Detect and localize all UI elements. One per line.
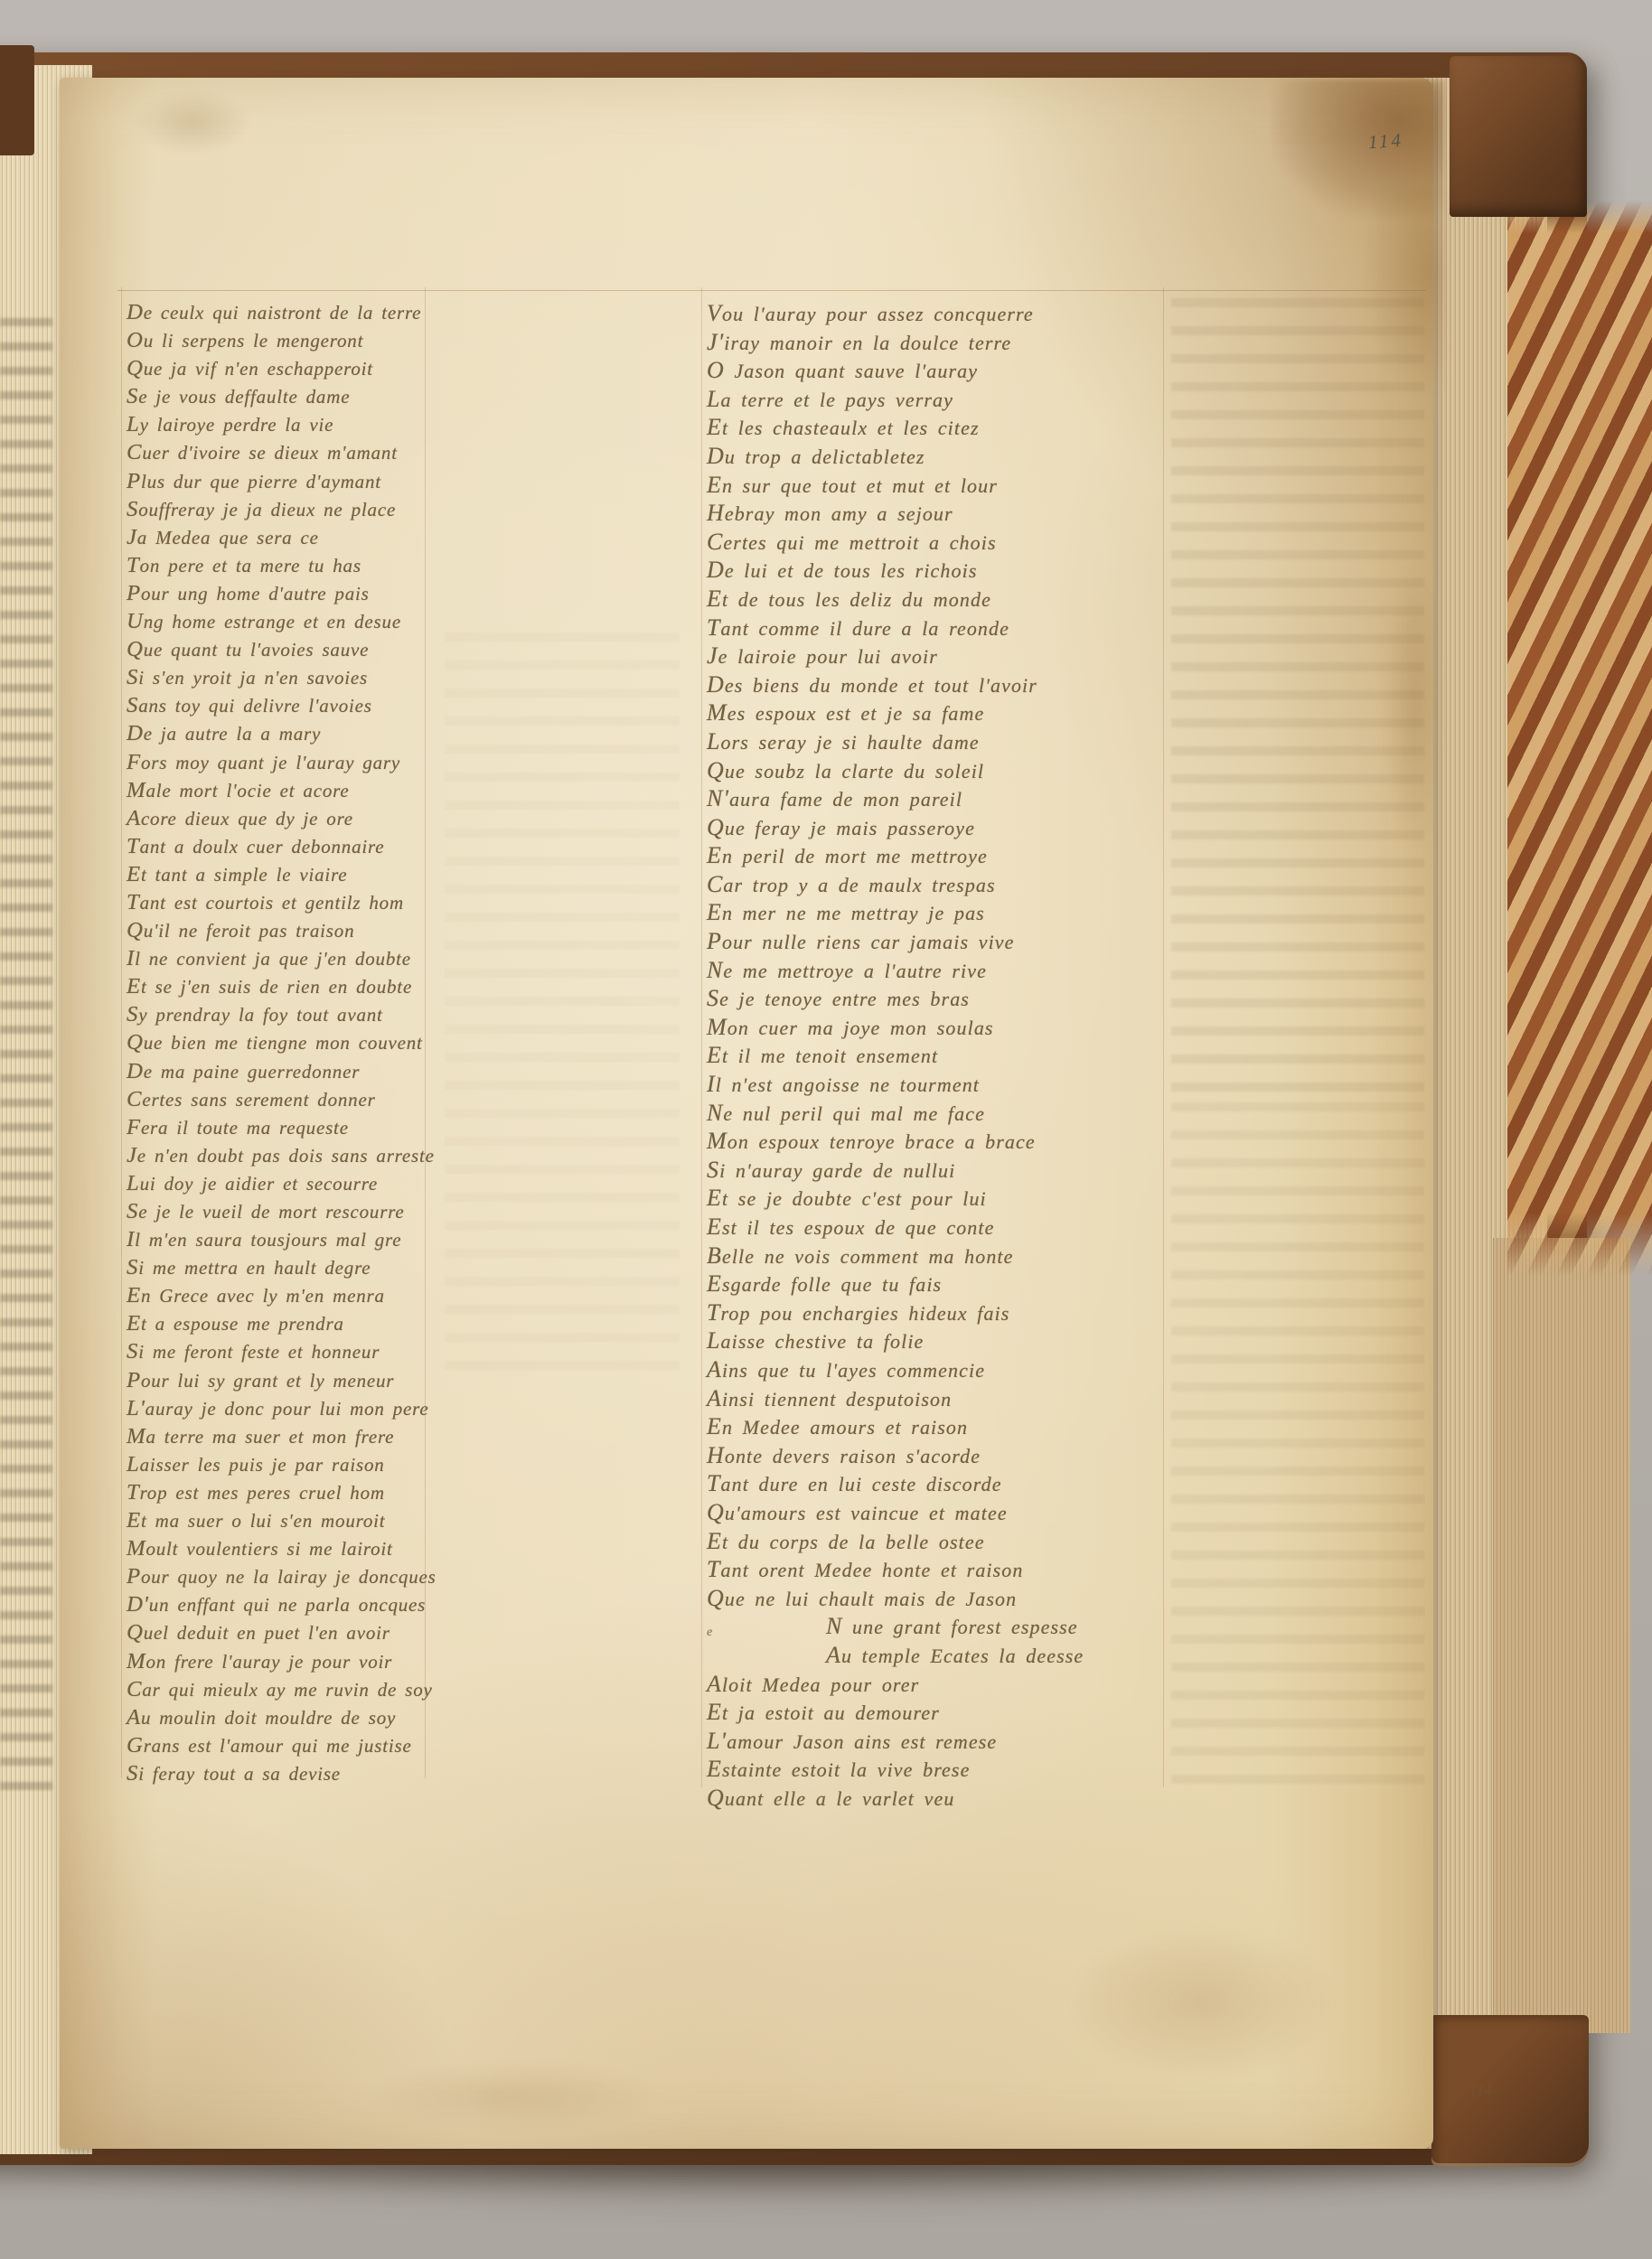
manuscript-verse-line: Que soubz la clarte du soleil <box>707 756 1195 785</box>
manuscript-verse-line: En Grece avec ly m'en menra <box>127 1281 452 1309</box>
manuscript-verse-line: Aloit Medea pour orer <box>707 1670 1195 1699</box>
manuscript-verse-line: Fera il toute ma requeste <box>127 1113 452 1141</box>
manuscript-verse-line: Lors seray je si haulte dame <box>707 727 1195 756</box>
manuscript-verse-line: Quant elle a le varlet veu <box>707 1784 1195 1813</box>
manuscript-verse-line: Lui doy je aidier et secourre <box>127 1169 452 1197</box>
manuscript-verse-line: Fors moy quant je l'auray gary <box>127 748 452 776</box>
manuscript-verse-line: L'amour Jason ains est remese <box>707 1727 1195 1756</box>
manuscript-verse-line: L'auray je donc pour lui mon pere <box>127 1394 452 1422</box>
manuscript-verse-line: Tant orent Medee honte et raison <box>707 1555 1195 1584</box>
manuscript-verse-line: Mon cuer ma joye mon soulas <box>707 1013 1195 1042</box>
manuscript-verse-line: Et tant a simple le viaire <box>127 860 452 888</box>
manuscript-verse-line: Ou li serpens le mengeront <box>127 326 452 354</box>
manuscript-verse-line: Ung home estrange et en desue <box>127 607 452 635</box>
verse-text: N une grant forest espesse <box>826 1616 1078 1638</box>
manuscript-verse-line: Que quant tu l'avoies sauve <box>127 635 452 663</box>
cover-corner-bottom-right <box>1431 2015 1589 2167</box>
manuscript-verse-line: Et ja estoit au demourer <box>707 1698 1195 1727</box>
manuscript-verse-line: Grans est l'amour qui me justise <box>127 1731 452 1759</box>
manuscript-verse-line: Moult voulentiers si me lairoit <box>127 1534 452 1562</box>
manuscript-verse-line: Se je tenoye entre mes bras <box>707 984 1195 1013</box>
ruling-right-column-left-bound <box>701 287 702 1787</box>
manuscript-verse-line: Ly lairoye perdre la vie <box>127 410 452 438</box>
manuscript-verse-line: Acore dieux que dy je ore <box>127 804 452 832</box>
manuscript-verse-line: De lui et de tous les richois <box>707 556 1195 585</box>
manuscript-verse-line: Et se je doubte c'est pour lui <box>707 1184 1195 1213</box>
manuscript-verse-line: Pour lui sy grant et ly meneur <box>127 1366 452 1394</box>
manuscript-verse-line: Si n'auray garde de nullui <box>707 1156 1195 1185</box>
manuscript-verse-line: Qu'amours est vaincue et matee <box>707 1498 1195 1527</box>
cover-corner-top-right <box>1450 56 1587 217</box>
manuscript-verse-line: Que ja vif n'en eschapperoit <box>127 354 452 382</box>
manuscript-verse-line: Tant dure en lui ceste discorde <box>707 1469 1195 1498</box>
manuscript-verse-line: Sy prendray la foy tout avant <box>127 1000 452 1028</box>
manuscript-verse-line: En sur que tout et mut et lour <box>707 471 1195 500</box>
manuscript-verse-line: Honte devers raison s'acorde <box>707 1441 1195 1470</box>
manuscript-verse-line: Et les chasteaulx et les citez <box>707 413 1195 442</box>
manuscript-verse-line: N'aura fame de mon pareil <box>707 784 1195 813</box>
manuscript-verse-line: Belle ne vois comment ma honte <box>707 1242 1195 1270</box>
manuscript-verse-line: Pour nulle riens car jamais vive <box>707 927 1195 956</box>
manuscript-verse-line: Il ne convient ja que j'en doubte <box>127 944 452 972</box>
manuscript-left-column: De ceulx qui naistront de la terreOu li … <box>127 298 452 1787</box>
manuscript-verse-line: Quel deduit en puet l'en avoir <box>127 1618 452 1646</box>
manuscript-verse-line: Car qui mieulx ay me ruvin de soy <box>127 1675 452 1703</box>
manuscript-verse-line: Tant est courtois et gentilz hom <box>127 888 452 916</box>
previous-page-text-edge <box>0 318 52 1800</box>
manuscript-verse-line: eN une grant forest espesse <box>707 1612 1195 1641</box>
manuscript-verse-line: Si me mettra en hault degre <box>127 1253 452 1281</box>
manuscript-verse-line: Ne nul peril qui mal me face <box>707 1099 1195 1128</box>
manuscript-verse-line: Du trop a delictabletez <box>707 442 1195 471</box>
manuscript-verse-line: De ma paine guerredonner <box>127 1057 452 1085</box>
manuscript-verse-line: Car trop y a de maulx trespas <box>707 870 1195 899</box>
ruling-left-column-left-bound <box>121 287 122 1778</box>
manuscript-verse-line: En mer ne me mettray je pas <box>707 898 1195 927</box>
manuscript-verse-line: Plus dur que pierre d'aymant <box>127 467 452 495</box>
manuscript-verse-line: Que ne lui chault mais de Jason <box>707 1584 1195 1613</box>
manuscript-verse-line: Estainte estoit la vive brese <box>707 1755 1195 1784</box>
manuscript-verse-line: Ne me mettroye a l'autre rive <box>707 956 1195 985</box>
manuscript-verse-line: Ains que tu l'ayes commencie <box>707 1355 1195 1384</box>
folio-number-top: 114 <box>1367 129 1404 155</box>
fore-edge-chevron-decoration <box>1507 201 1652 1276</box>
manuscript-verse-line: Il n'est angoisse ne tourment <box>707 1070 1195 1099</box>
manuscript-verse-line: Mes espoux est et je sa fame <box>707 698 1195 727</box>
manuscript-verse-line: Sans toy qui delivre l'avoies <box>127 691 452 719</box>
manuscript-verse-line: J'iray manoir en la doulce terre <box>707 328 1195 357</box>
photo-of-manuscript-codex: De ceulx qui naistront de la terreOu li … <box>0 0 1652 2259</box>
manuscript-verse-line: Au moulin doit mouldre de soy <box>127 1703 452 1731</box>
manuscript-verse-line: Que feray je mais passeroye <box>707 813 1195 842</box>
manuscript-verse-line: Se je le vueil de mort rescourre <box>127 1197 452 1225</box>
manuscript-verse-line: Vou l'auray pour assez concquerre <box>707 299 1195 328</box>
manuscript-verse-line: Je n'en doubt pas dois sans arreste <box>127 1141 452 1169</box>
manuscript-verse-line: Ja Medea que sera ce <box>127 523 452 551</box>
manuscript-verse-line: Hebray mon amy a sejour <box>707 499 1195 528</box>
manuscript-verse-line: Est il tes espoux de que conte <box>707 1213 1195 1242</box>
manuscript-verse-line: Trop est mes peres cruel hom <box>127 1478 452 1506</box>
manuscript-verse-line: Se je vous deffaulte dame <box>127 382 452 410</box>
manuscript-verse-line: Trop pou enchargies hideux fais <box>707 1298 1195 1327</box>
manuscript-verse-line: Ma terre ma suer et mon frere <box>127 1422 452 1450</box>
manuscript-verse-line: Certes qui me mettroit a chois <box>707 528 1195 557</box>
manuscript-verse-line: Et il me tenoit ensement <box>707 1041 1195 1070</box>
manuscript-verse-line: Et ma suer o lui s'en mouroit <box>127 1506 452 1534</box>
manuscript-verse-line: Et du corps de la belle ostee <box>707 1527 1195 1556</box>
manuscript-verse-line: Laisser les puis je par raison <box>127 1450 452 1478</box>
fore-edge-plain-leaves <box>1493 1238 1630 2033</box>
manuscript-verse-line: La terre et le pays verray <box>707 385 1195 414</box>
manuscript-verse-line: Des biens du monde et tout l'avoir <box>707 670 1195 699</box>
manuscript-verse-line: Tant a doulx cuer debonnaire <box>127 832 452 860</box>
manuscript-verse-line: Laisse chestive ta folie <box>707 1326 1195 1355</box>
manuscript-verse-line: En Medee amours et raison <box>707 1412 1195 1441</box>
manuscript-verse-line: Esgarde folle que tu fais <box>707 1270 1195 1298</box>
manuscript-verse-line: De ceulx qui naistront de la terre <box>127 298 452 326</box>
manuscript-verse-line: Ainsi tiennent desputoison <box>707 1384 1195 1413</box>
manuscript-verse-line: Cuer d'ivoire se dieux m'amant <box>127 438 452 466</box>
manuscript-verse-line: Qu'il ne feroit pas traison <box>127 916 452 944</box>
manuscript-verse-line: De ja autre la a mary <box>127 719 452 747</box>
cover-corner-top-left <box>0 45 34 155</box>
manuscript-verse-line: Pour ung home d'autre pais <box>127 579 452 607</box>
manuscript-verse-line: Si feray tout a sa devise <box>127 1759 452 1787</box>
manuscript-verse-line: Au temple Ecates la deesse <box>707 1641 1195 1670</box>
manuscript-verse-line: O Jason quant sauve l'auray <box>707 356 1195 385</box>
manuscript-verse-line: En peril de mort me mettroye <box>707 841 1195 870</box>
manuscript-verse-line: Si me feront feste et honneur <box>127 1337 452 1365</box>
manuscript-verse-line: Que bien me tiengne mon couvent <box>127 1028 452 1056</box>
manuscript-verse-line: Si s'en yroit ja n'en savoies <box>127 663 452 691</box>
manuscript-right-column: Vou l'auray pour assez concquerreJ'iray … <box>707 299 1195 1812</box>
folio-number-bottom: 114 <box>1469 2083 1494 2100</box>
manuscript-verse-line: Il m'en saura tousjours mal gre <box>127 1225 452 1253</box>
manuscript-verse-line: Et se j'en suis de rien en doubte <box>127 972 452 1000</box>
manuscript-verse-line: Male mort l'ocie et acore <box>127 776 452 804</box>
manuscript-verse-line: D'un enffant qui ne parla oncques <box>127 1590 452 1618</box>
manuscript-verse-line: Pour quoy ne la lairay je doncques <box>127 1562 452 1590</box>
verse-text: Au temple Ecates la deesse <box>826 1645 1084 1667</box>
manuscript-verse-line: Certes sans serement donner <box>127 1085 452 1113</box>
manuscript-verse-line: Et a espouse me prendra <box>127 1309 452 1337</box>
manuscript-verse-line: Mon frere l'auray je pour voir <box>127 1647 452 1675</box>
manuscript-verse-line: Mon espoux tenroye brace a brace <box>707 1127 1195 1156</box>
manuscript-verse-line: Souffreray je ja dieux ne place <box>127 495 452 523</box>
manuscript-verse-line: Je lairoie pour lui avoir <box>707 642 1195 670</box>
manuscript-verse-line: Ton pere et ta mere tu has <box>127 551 452 579</box>
manuscript-verse-line: Tant comme il dure a la reonde <box>707 614 1195 642</box>
manuscript-verse-line: Et de tous les deliz du monde <box>707 585 1195 614</box>
ruling-top-line <box>117 290 1426 291</box>
